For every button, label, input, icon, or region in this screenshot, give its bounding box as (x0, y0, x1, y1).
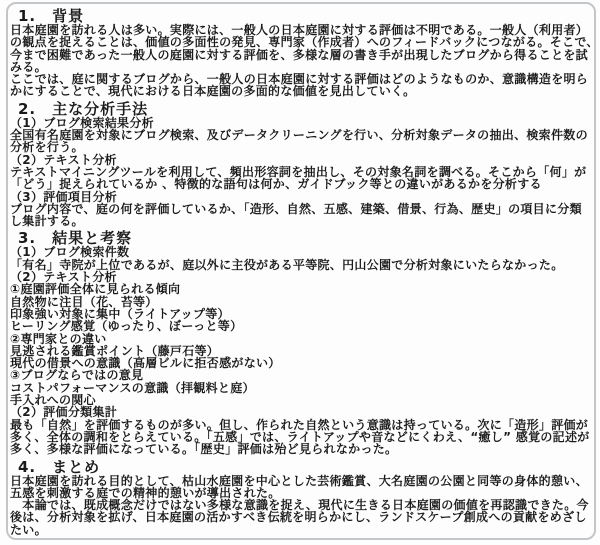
text-line: （1）ブログ検索件数 (10, 246, 600, 258)
text-line: ③ブログならではの意見 (10, 369, 600, 381)
text-line: コストパフォーマンスの意識（拝観料と庭） (10, 382, 600, 394)
section-heading: 1. 背景 (18, 8, 600, 24)
text-line: し集計する。 (10, 215, 600, 227)
section-background: 1. 背景日本庭園を訪れる人は多い。実際には、一般人の日本庭園に対する評価は不明… (10, 8, 600, 98)
text-line: （2）評価分類集計 (10, 406, 600, 418)
text-line: ヒーリング感覚（ゆったり、ぼーっと等） (10, 320, 600, 332)
text-line: 今まで困難であった一般人の庭園に対する評価を、多様な層の書き手が出現したブログか… (10, 49, 600, 61)
document-body: 1. 背景日本庭園を訪れる人は多い。実際には、一般人の日本庭園に対する評価は不明… (0, 0, 600, 536)
text-line: ②専門家との違い (10, 333, 600, 345)
text-line: 全国有名庭園を対象にブログ検索、及びデータクリーニングを行い、分析対象データの抽… (10, 129, 600, 141)
text-line: 後は、分析対象を拡げ、日本庭園の活かすべき伝統を明らかにし、ランドスケープ創成へ… (10, 511, 600, 523)
section-methods: 2. 主な分析手法（1）ブログ検索結果分析全国有名庭園を対象にブログ検索、及びデ… (10, 101, 600, 228)
section-heading: 2. 主な分析手法 (18, 101, 600, 117)
text-line: たい。 (10, 524, 600, 536)
text-line: 分析を行う。 (10, 141, 600, 153)
text-line: 日本庭園を訪れる目的として、枯山水庭園を中心とした芸術鑑賞、大名庭園の公園と同等… (10, 475, 600, 487)
section-results: 3. 結果と考察（1）ブログ検索件数「有名」寺院が上位であるが、庭以外に主役があ… (10, 230, 600, 455)
document-page: 1. 背景日本庭園を訪れる人は多い。実際には、一般人の日本庭園に対する評価は不明… (0, 0, 600, 545)
text-line: の観点を捉えることは、価値の多面性の発見、専門家（作成者）へのフィードバックにつ… (10, 36, 600, 48)
text-line: ①庭園評価全体に見られる傾向 (10, 283, 600, 295)
section-heading: 4. まとめ (18, 459, 600, 475)
text-line: ブログ内容で、庭の何を評価しているか、「造形、自然、五感、建築、借景、行為、歴史… (10, 203, 600, 215)
text-line: 「どう」捉えられているか 、特徴的な語句は何か、ガイドブック等との違いがあるかを… (10, 178, 600, 190)
text-line: （3）評価項目分析 (10, 191, 600, 203)
text-line: かにすることで、現代における日本庭園の多面的な価値を見出していく。 (10, 85, 600, 97)
section-summary: 4. まとめ日本庭園を訪れる目的として、枯山水庭園を中心とした芸術鑑賞、大名庭園… (10, 459, 600, 536)
text-line: 多く、多様な評価になっている。「歴史」評価は殆ど見られなかった。 (10, 443, 600, 455)
